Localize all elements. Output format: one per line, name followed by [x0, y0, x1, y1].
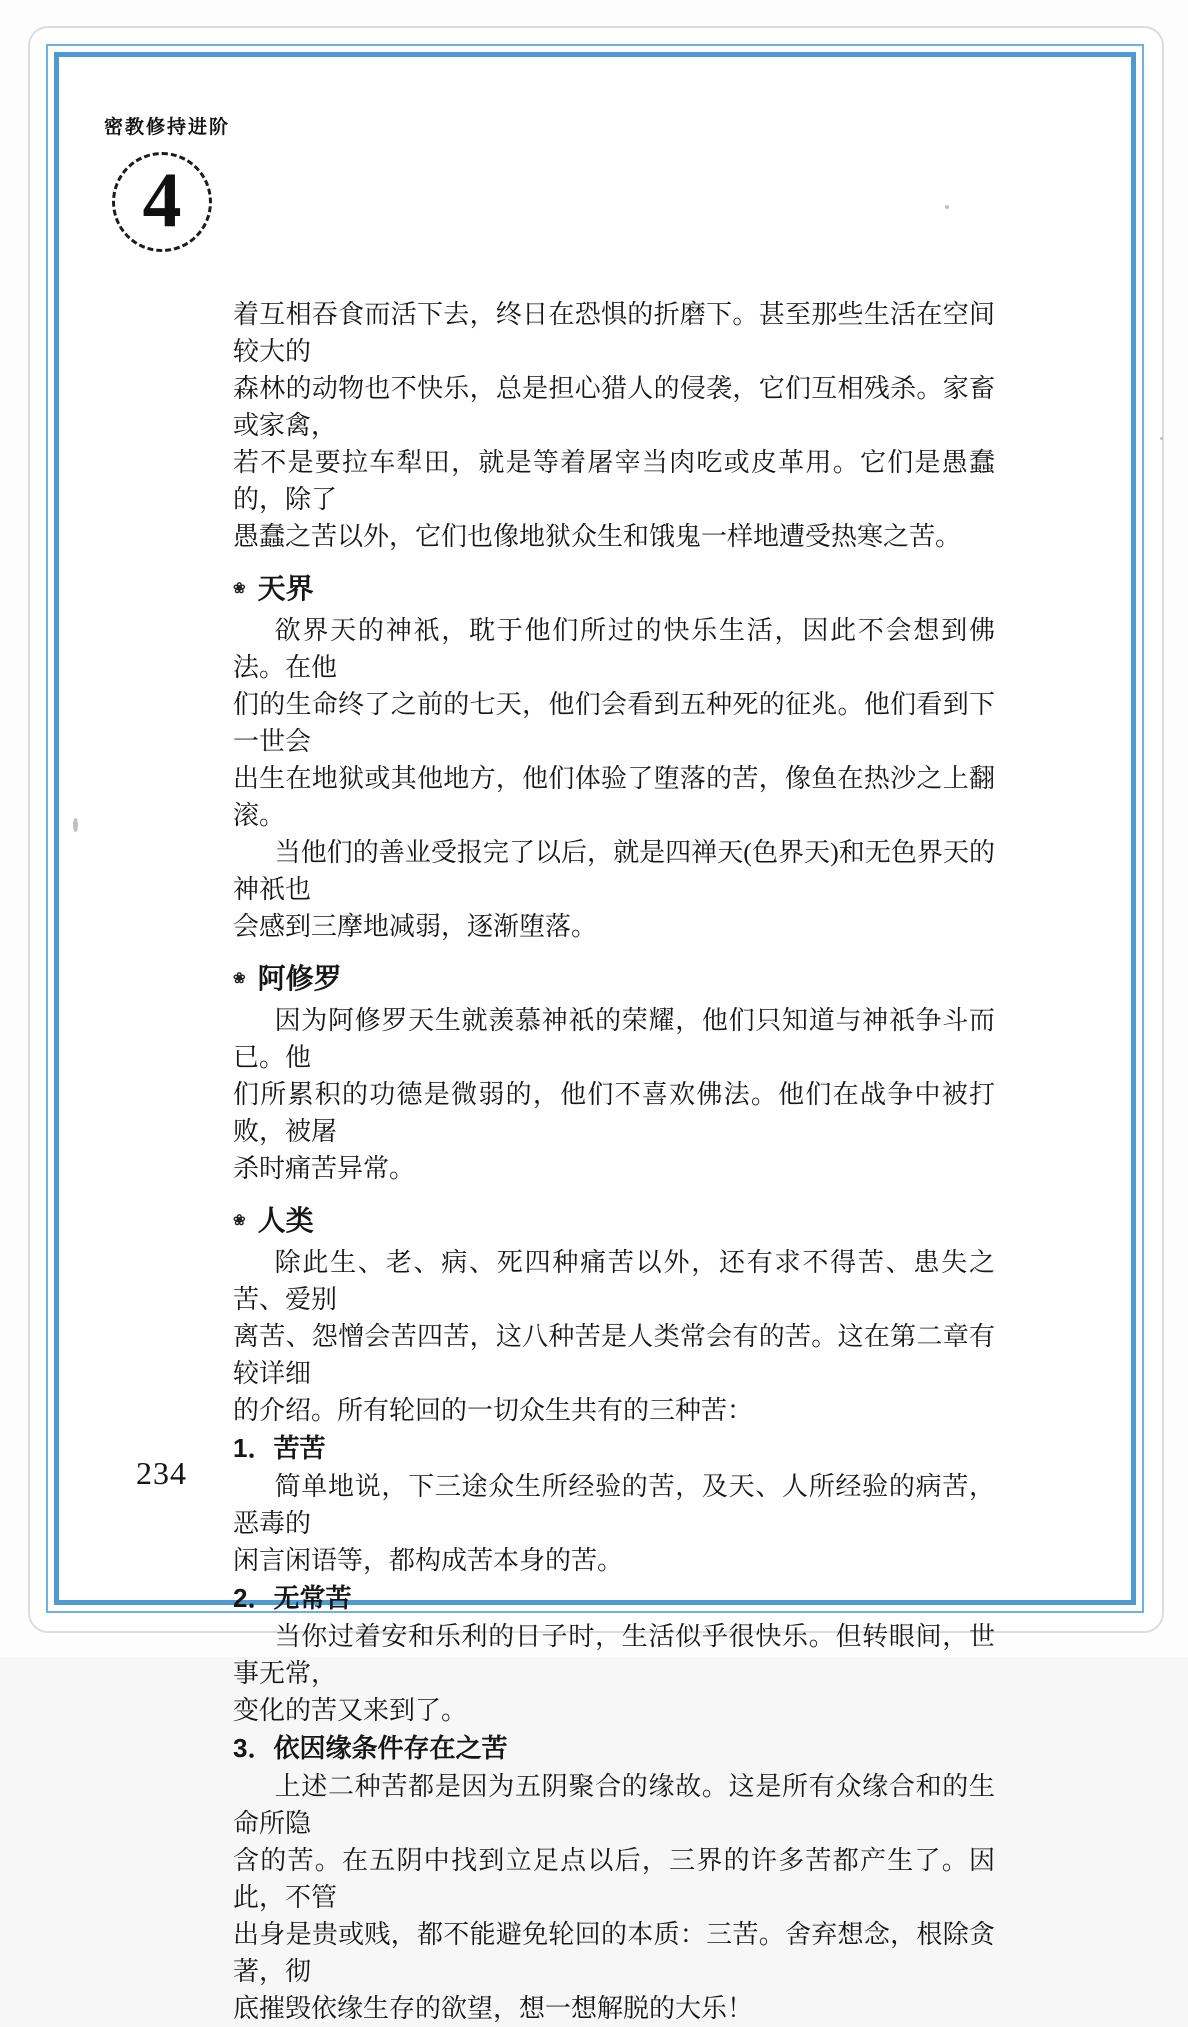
scan-speck — [73, 818, 78, 832]
text-column: 着互相吞食而活下去，终日在恐惧的折磨下。甚至那些生活在空间较大的 森林的动物也不… — [233, 296, 995, 2027]
ornament-icon: ❀ — [233, 581, 246, 596]
numbered-item-title: 3．依因缘条件存在之苦 — [233, 1730, 995, 1767]
scanned-book-page: 密教修持进阶 4 着互相吞食而活下去，终日在恐惧的折磨下。甚至那些生活在空间较大… — [0, 0, 1188, 1657]
section-paragraph: 当他们的善业受报完了以后，就是四禅天(色界天)和无色界天的神祇也 会感到三摩地减… — [233, 834, 995, 945]
ornament-icon: ❀ — [233, 1213, 246, 1228]
section-paragraph: 除此生、老、病、死四种痛苦以外，还有求不得苦、患失之苦、爱别 离苦、怨憎会苦四苦… — [233, 1244, 995, 1429]
numbered-item-paragraph: 简单地说，下三途众生所经验的苦，及天、人所经验的病苦，恶毒的 闲言闲语等，都构成… — [233, 1468, 995, 1579]
section-paragraph: 欲界天的神祇，耽于他们所过的快乐生活，因此不会想到佛法。在他 们的生命终了之前的… — [233, 612, 995, 834]
section-heaven: ❀ 天界 欲界天的神祇，耽于他们所过的快乐生活，因此不会想到佛法。在他 们的生命… — [233, 570, 995, 945]
numbered-item-3: 3．依因缘条件存在之苦 上述二种苦都是因为五阴聚合的缘故。这是所有众缘合和的生命… — [233, 1730, 995, 2027]
section-title: 阿修罗 — [258, 960, 342, 997]
numbered-item-paragraph: 当你过着安和乐利的日子时，生活似乎很快乐。但转眼间，世事无常， 变化的苦又来到了… — [233, 1618, 995, 1729]
numbered-item-paragraph: 上述二种苦都是因为五阴聚合的缘故。这是所有众缘合和的生命所隐 含的苦。在五阴中找… — [233, 1768, 995, 2027]
section-title: 天界 — [258, 570, 314, 607]
section-asura: ❀ 阿修罗 因为阿修罗天生就羡慕神祇的荣耀，他们只知道与神祇争斗而已。他 们所累… — [233, 960, 995, 1187]
numbered-item-title: 1．苦苦 — [233, 1430, 995, 1467]
intro-paragraph: 着互相吞食而活下去，终日在恐惧的折磨下。甚至那些生活在空间较大的 森林的动物也不… — [233, 296, 995, 555]
section-human: ❀ 人类 除此生、老、病、死四种痛苦以外，还有求不得苦、患失之苦、爱别 离苦、怨… — [233, 1202, 995, 1429]
chapter-number-badge: 4 — [112, 152, 212, 252]
scan-speck — [1160, 437, 1163, 440]
numbered-item-2: 2．无常苦 当你过着安和乐利的日子时，生活似乎很快乐。但转眼间，世事无常， 变化… — [233, 1580, 995, 1729]
chapter-number: 4 — [143, 161, 182, 239]
section-paragraph: 因为阿修罗天生就羡慕神祇的荣耀，他们只知道与神祇争斗而已。他 们所累积的功德是微… — [233, 1002, 995, 1187]
numbered-item-title: 2．无常苦 — [233, 1580, 995, 1617]
page-number: 234 — [136, 1455, 187, 1492]
scan-speck — [945, 205, 949, 209]
section-title: 人类 — [258, 1202, 314, 1239]
numbered-item-1: 1．苦苦 简单地说，下三途众生所经验的苦，及天、人所经验的病苦，恶毒的 闲言闲语… — [233, 1430, 995, 1579]
running-head: 密教修持进阶 — [104, 112, 230, 139]
section-heading: ❀ 天界 — [233, 570, 995, 607]
ornament-icon: ❀ — [233, 971, 246, 986]
section-heading: ❀ 人类 — [233, 1202, 995, 1239]
section-heading: ❀ 阿修罗 — [233, 960, 995, 997]
